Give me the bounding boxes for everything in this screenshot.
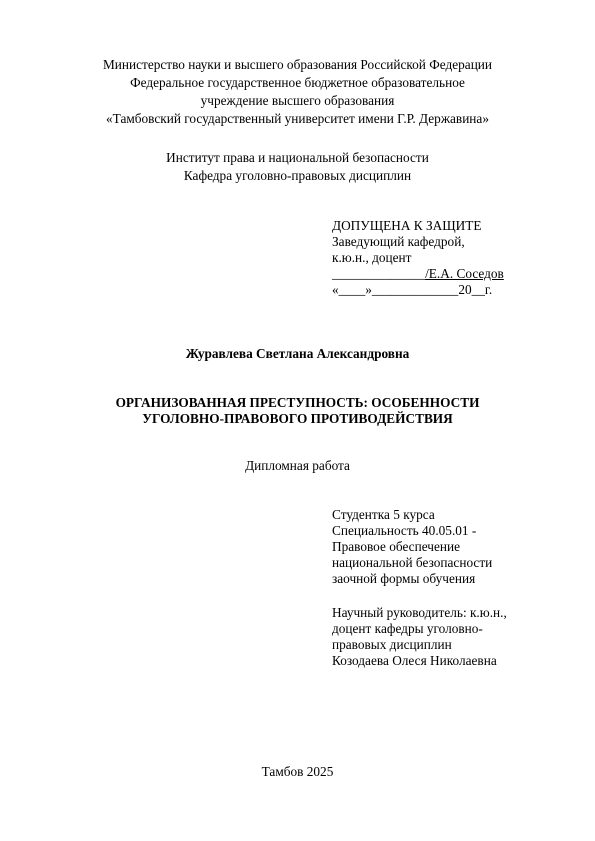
university-name-line: «Тамбовский государственный университет … — [0, 111, 595, 127]
student-line: Правовое обеспечение — [332, 539, 492, 555]
student-line: заочной формы обучения — [332, 571, 492, 587]
student-info-block: Студентка 5 курса Специальность 40.05.01… — [332, 507, 492, 587]
city-year: Тамбов 2025 — [0, 764, 595, 780]
supervisor-line: Козодаева Олеся Николаевна — [332, 653, 507, 669]
department-line: Кафедра уголовно-правовых дисциплин — [0, 168, 595, 184]
student-line: Студентка 5 курса — [332, 507, 492, 523]
thesis-title-line-1: ОРГАНИЗОВАННАЯ ПРЕСТУПНОСТЬ: ОСОБЕННОСТИ — [0, 395, 595, 411]
ministry-line: Министерство науки и высшего образования… — [0, 57, 595, 73]
work-type: Дипломная работа — [0, 458, 595, 474]
institution-type-line: учреждение высшего образования — [0, 93, 595, 109]
supervisor-line: правовых дисциплин — [332, 637, 507, 653]
student-line: национальной безопасности — [332, 555, 492, 571]
thesis-title-line-2: УГОЛОВНО-ПРАВОВОГО ПРОТИВОДЕЙСТВИЯ — [0, 411, 595, 427]
university-type-line: Федеральное государственное бюджетное об… — [0, 75, 595, 91]
title-page: Министерство науки и высшего образования… — [0, 0, 595, 841]
approval-signature-line: ______________/Е.А. Соседов — [332, 266, 504, 282]
approval-degree: к.ю.н., доцент — [332, 250, 504, 266]
approval-date-line: «____»_____________20__г. — [332, 282, 504, 298]
approval-title: ДОПУЩЕНА К ЗАЩИТЕ — [332, 218, 504, 234]
supervisor-line: Научный руководитель: к.ю.н., — [332, 605, 507, 621]
supervisor-info-block: Научный руководитель: к.ю.н., доцент каф… — [332, 605, 507, 669]
author-name: Журавлева Светлана Александровна — [0, 346, 595, 362]
approval-block: ДОПУЩЕНА К ЗАЩИТЕ Заведующий кафедрой, к… — [332, 218, 504, 298]
institute-line: Институт права и национальной безопаснос… — [0, 150, 595, 166]
supervisor-line: доцент кафедры уголовно- — [332, 621, 507, 637]
signature-blank: ______________ — [332, 266, 425, 281]
approval-position: Заведующий кафедрой, — [332, 234, 504, 250]
student-line: Специальность 40.05.01 - — [332, 523, 492, 539]
signature-name: /Е.А. Соседов — [425, 266, 504, 281]
